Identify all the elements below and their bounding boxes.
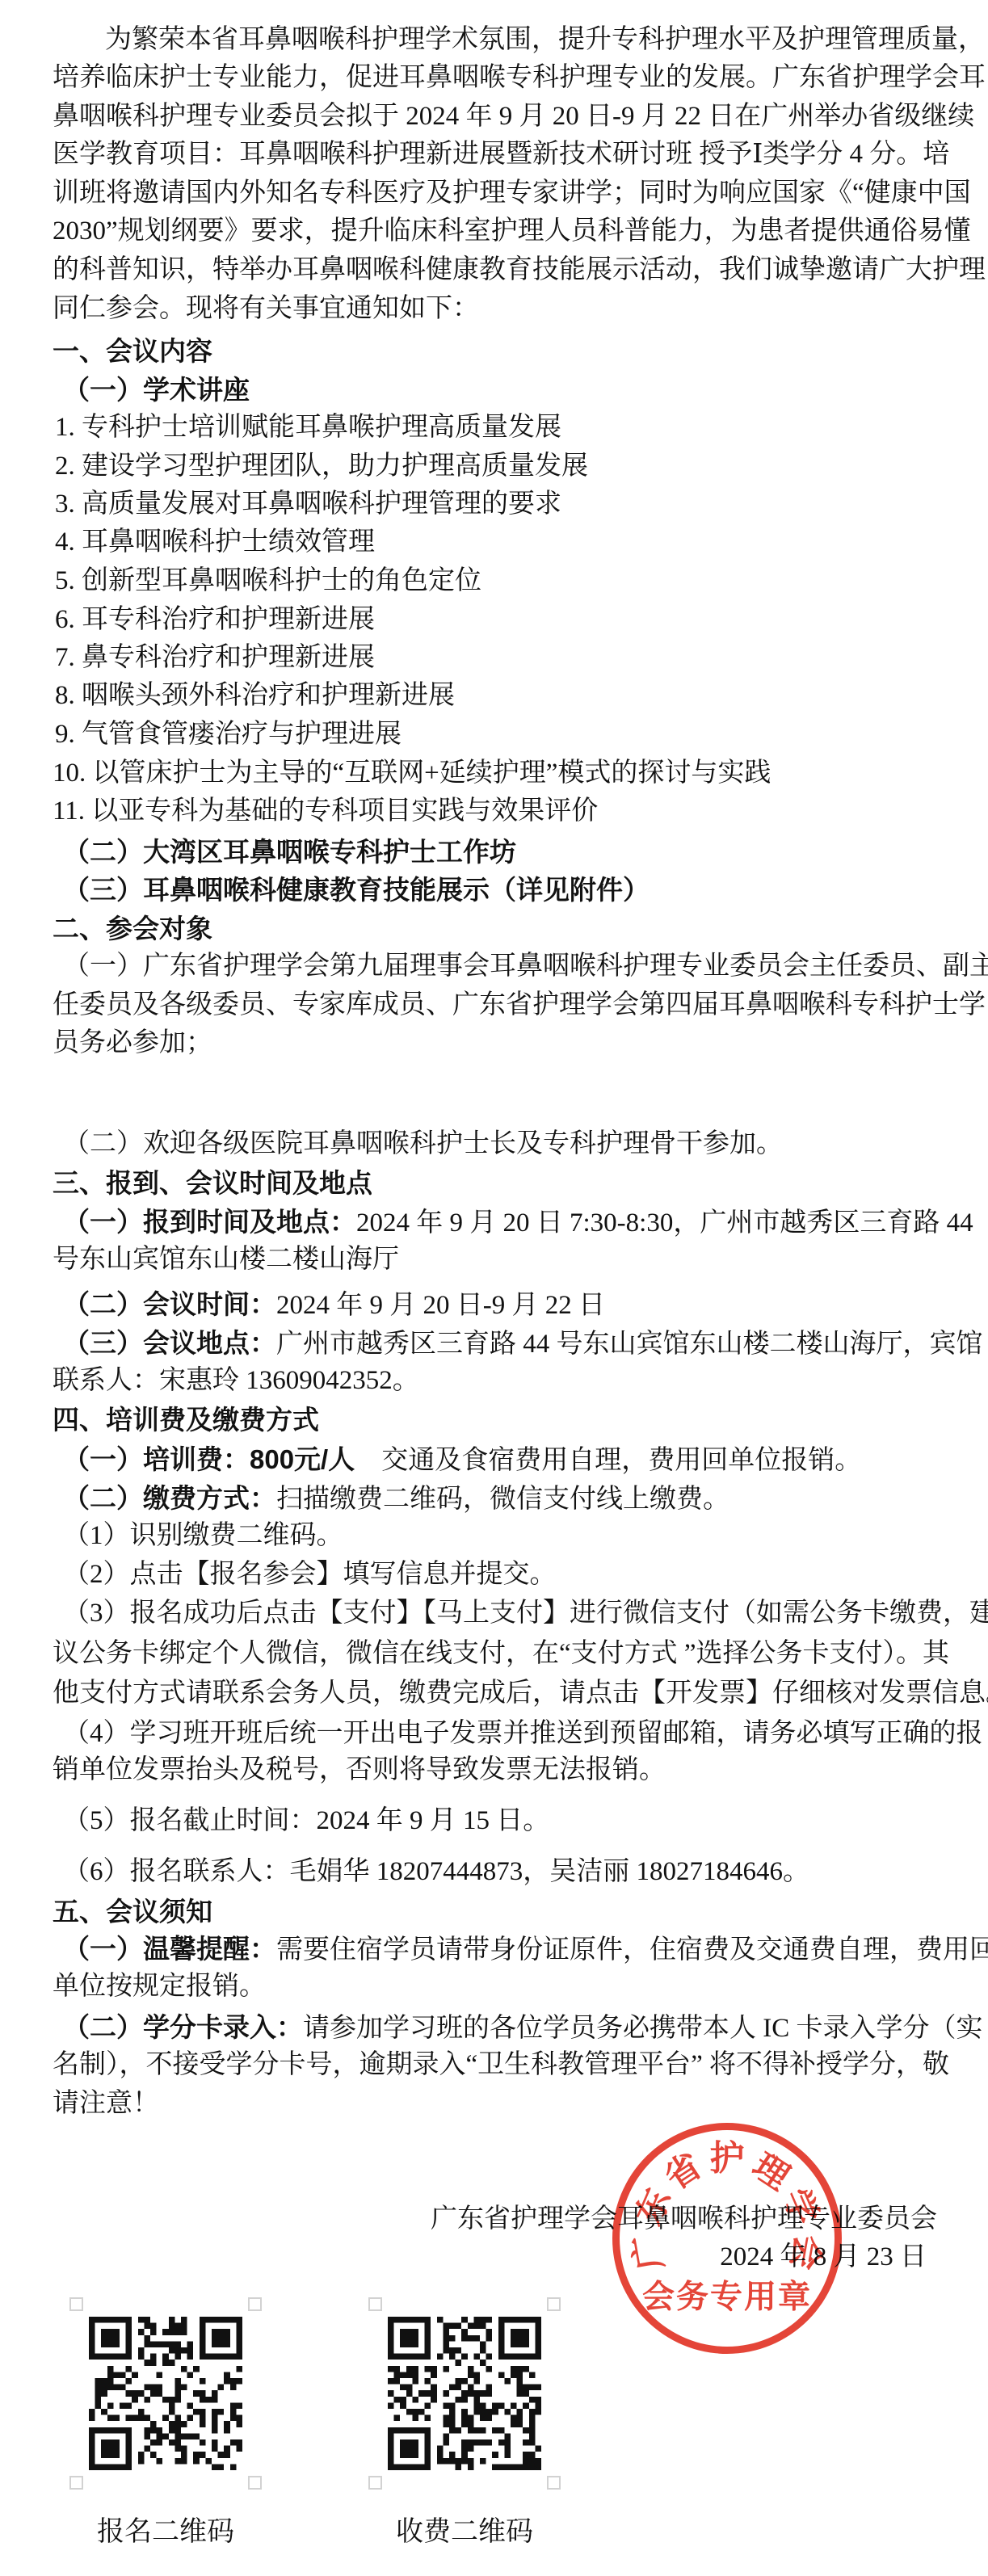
text-line: 1. 专科护士培训赋能耳鼻喉护理高质量发展 xyxy=(55,409,561,447)
text-line: （二）大湾区耳鼻咽喉专科护士工作坊 xyxy=(63,833,516,871)
text-line: （一）广东省护理学会第九届理事会耳鼻咽喉科护理专业委员会主任委员、副主 xyxy=(63,948,988,985)
line-text: 交通及食宿费用自理，费用回单位报销。 xyxy=(355,1446,861,1475)
text-line: 2030”规划纲要》要求，提升临床科室护理人员科普能力，为患者提供通俗易懂 xyxy=(53,212,971,250)
line-text: 请注意！ xyxy=(53,2089,159,2118)
line-text: 五、会议须知 xyxy=(53,1897,212,1927)
text-line: 号东山宾馆东山楼二楼山海厅 xyxy=(53,1241,399,1279)
text-line: 9. 气管食管瘘治疗与护理进展 xyxy=(55,716,402,754)
text-line: 6. 耳专科治疗和护理新进展 xyxy=(55,601,375,639)
crop-mark-icon xyxy=(248,2476,262,2490)
line-text: 5. 创新型耳鼻咽喉科护士的角色定位 xyxy=(55,566,481,595)
line-text: 培养临床护士专业能力，促进耳鼻咽喉专科护理专业的发展。广东省护理学会耳 xyxy=(53,63,986,92)
text-line: （一）温馨提醒：需要住宿学员请带身份证原件，住宿费及交通费自理，费用回 xyxy=(63,1930,988,1969)
text-line: （5）报名截止时间：2024 年 9 月 15 日。 xyxy=(63,1802,549,1840)
text-line: 议公务卡绑定个人微信，微信在线支付，在“支付方式 ”选择公务卡支付）。其 xyxy=(53,1635,949,1673)
text-line: （二）欢迎各级医院耳鼻咽喉科护士长及专科护理骨干参加。 xyxy=(63,1125,783,1163)
line-bold-label: （二）会议时间： xyxy=(63,1289,276,1319)
line-text: 号东山宾馆东山楼二楼山海厅 xyxy=(53,1245,399,1274)
line-text: （6）报名联系人：毛娟华 18207444873，吴洁丽 18027184646… xyxy=(63,1857,809,1886)
seal-arc-char: 理 xyxy=(744,2139,800,2200)
text-line: （3）报名成功后点击【支付】【马上支付】进行微信支付（如需公务卡缴费，建 xyxy=(63,1595,988,1633)
line-text: （三）耳鼻咽喉科健康教育技能展示（详见附件） xyxy=(63,875,650,905)
text-line: 10. 以管床护士为主导的“互联网+延续护理”模式的探讨与实践 xyxy=(53,754,771,792)
line-text: 一、会议内容 xyxy=(53,336,212,366)
text-line: 的科普知识，特举办耳鼻咽喉科健康教育技能展示活动，我们诚挚邀请广大护理 xyxy=(53,251,986,289)
line-text: 3. 高质量发展对耳鼻咽喉科护理管理的要求 xyxy=(55,490,561,519)
line-text: 议公务卡绑定个人微信，微信在线支付，在“支付方式 ”选择公务卡支付）。其 xyxy=(53,1639,949,1668)
line-text: 三、报到、会议时间及地点 xyxy=(53,1168,372,1198)
line-text: （5）报名截止时间：2024 年 9 月 15 日。 xyxy=(63,1806,549,1835)
text-line: （二）会议时间：2024 年 9 月 20 日-9 月 22 日 xyxy=(63,1285,605,1325)
line-text: （3）报名成功后点击【支付】【马上支付】进行微信支付（如需公务卡缴费，建 xyxy=(63,1599,988,1628)
text-line: 任委员及各级委员、专家库成员、广东省护理学会第四届耳鼻咽喉科专科护士学 xyxy=(53,986,986,1024)
line-text: 名制），不接受学分卡号，逾期录入“卫生科教管理平台” 将不得补授学分，敬 xyxy=(53,2050,949,2079)
line-bold-label: （一）报到时间及地点： xyxy=(63,1207,356,1237)
seal-bottom-text: 会务专用章 xyxy=(642,2271,812,2318)
text-line: 7. 鼻专科治疗和护理新进展 xyxy=(55,639,375,677)
line-text: 9. 气管食管瘘治疗与护理进展 xyxy=(55,720,402,749)
line-bold-label: （一）温馨提醒： xyxy=(63,1934,276,1964)
text-line: 5. 创新型耳鼻咽喉科护士的角色定位 xyxy=(55,562,481,600)
line-text: 7. 鼻专科治疗和护理新进展 xyxy=(55,643,375,672)
line-text: 员务必参加； xyxy=(53,1028,212,1057)
qr-pattern-icon xyxy=(89,2317,242,2470)
line-text: 需要住宿学员请带身份证原件，住宿费及交通费自理，费用回 xyxy=(276,1935,988,1965)
line-text: 10. 以管床护士为主导的“互联网+延续护理”模式的探讨与实践 xyxy=(53,759,771,788)
line-text: 单位按规定报销。 xyxy=(53,1972,266,2001)
registration-qr-code: 报名二维码 xyxy=(89,2317,242,2470)
text-line: 名制），不接受学分卡号，逾期录入“卫生科教管理平台” 将不得补授学分，敬 xyxy=(53,2046,949,2084)
line-text: 8. 咽喉头颈外科治疗和护理新进展 xyxy=(55,681,455,710)
text-line: 为繁荣本省耳鼻咽喉科护理学术氛围，提升专科护理水平及护理管理质量， xyxy=(105,21,985,59)
line-text: 4. 耳鼻咽喉科护士绩效管理 xyxy=(55,527,375,557)
signature-org: 广东省护理学会耳鼻咽喉科护理专业委员会 xyxy=(431,2200,937,2238)
line-text: 同仁参会。现将有关事宜通知如下： xyxy=(53,294,479,323)
line-text: （4）学习班开班后统一开出电子发票并推送到预留邮箱，请务必填写正确的报 xyxy=(63,1719,983,1748)
line-bold-label: （二）学分卡录入： xyxy=(63,2012,303,2042)
crop-mark-icon xyxy=(69,2297,83,2311)
line-text: 四、培训费及缴费方式 xyxy=(53,1405,319,1435)
line-text: 6. 耳专科治疗和护理新进展 xyxy=(55,605,375,634)
text-line: 销单位发票抬头及税号，否则将导致发票无法报销。 xyxy=(53,1751,666,1789)
line-text: 二、参会对象 xyxy=(53,914,212,943)
signature-date: 2024 年 8 月 23 日 xyxy=(720,2238,927,2276)
text-line: （三）会议地点：广州市越秀区三育路 44 号东山宾馆东山楼二楼山海厅，宾馆 xyxy=(63,1324,983,1364)
line-text: 的科普知识，特举办耳鼻咽喉科健康教育技能展示活动，我们诚挚邀请广大护理 xyxy=(53,255,986,284)
text-line: 联系人：宋惠玲 13609042352。 xyxy=(53,1362,419,1400)
text-line: （三）耳鼻咽喉科健康教育技能展示（详见附件） xyxy=(63,871,650,909)
text-line: 同仁参会。现将有关事宜通知如下： xyxy=(53,290,479,328)
text-line: （一）培训费：800元/人 交通及食宿费用自理，费用回单位报销。 xyxy=(63,1440,861,1480)
text-line: 一、会议内容 xyxy=(53,332,212,370)
line-text: 为繁荣本省耳鼻咽喉科护理学术氛围，提升专科护理水平及护理管理质量， xyxy=(105,25,985,54)
text-line: 员务必参加； xyxy=(53,1024,212,1062)
text-line: 4. 耳鼻咽喉科护士绩效管理 xyxy=(55,523,375,561)
text-line: 他支付方式请联系会务人员，缴费完成后，请点击【开发票】仔细核对发票信息。 xyxy=(53,1675,988,1712)
text-line: （2）点击【报名参会】填写信息并提交。 xyxy=(63,1556,557,1594)
line-text: 鼻咽喉科护理专业委员会拟于 2024 年 9 月 20 日-9 月 22 日在广… xyxy=(53,102,974,131)
text-line: （一）报到时间及地点：2024 年 9 月 20 日 7:30-8:30，广州市… xyxy=(63,1203,973,1242)
registration-qr-label: 报名二维码 xyxy=(97,2509,234,2549)
line-bold-label: （一）培训费：800元/人 xyxy=(63,1444,355,1474)
line-text: 11. 以亚专科为基础的专科项目实践与效果评价 xyxy=(53,796,598,826)
line-text: （一）广东省护理学会第九届理事会耳鼻咽喉科护理专业委员会主任委员、副主 xyxy=(63,952,988,981)
line-bold-label: （三）会议地点： xyxy=(63,1328,276,1358)
line-text: 医学教育项目：耳鼻咽喉科护理新进展暨新技术研讨班 授予Ⅰ类学分 4 分。培 xyxy=(53,140,949,169)
payment-qr-code: 收费二维码 xyxy=(388,2317,541,2470)
text-line: （6）报名联系人：毛娟华 18207444873，吴洁丽 18027184646… xyxy=(63,1853,809,1891)
text-line: 8. 咽喉头颈外科治疗和护理新进展 xyxy=(55,677,455,715)
text-line: （二）学分卡录入：请参加学习班的各位学员务必携带本人 IC 卡录入学分（实 xyxy=(63,2008,983,2048)
text-line: 鼻咽喉科护理专业委员会拟于 2024 年 9 月 20 日-9 月 22 日在广… xyxy=(53,98,974,136)
line-text: 2. 建设学习型护理团队，助力护理高质量发展 xyxy=(55,452,588,481)
notice-document: 为繁荣本省耳鼻咽喉科护理学术氛围，提升专科护理水平及护理管理质量，培养临床护士专… xyxy=(0,0,988,2576)
text-line: 培养临床护士专业能力，促进耳鼻咽喉专科护理专业的发展。广东省护理学会耳 xyxy=(53,59,986,97)
line-text: 销单位发票抬头及税号，否则将导致发票无法报销。 xyxy=(53,1755,666,1784)
line-bold-label: （二）缴费方式： xyxy=(63,1483,276,1513)
crop-mark-icon xyxy=(69,2476,83,2490)
text-line: 2. 建设学习型护理团队，助力护理高质量发展 xyxy=(55,448,588,485)
seal-arc-char: 省 xyxy=(654,2139,709,2200)
line-text: 训班将邀请国内外知名专科医疗及护理专家讲学；同时为响应国家《“健康中国 xyxy=(53,179,971,208)
text-line: 四、培训费及缴费方式 xyxy=(53,1401,319,1439)
line-text: （二）大湾区耳鼻咽喉专科护士工作坊 xyxy=(63,837,516,867)
crop-mark-icon xyxy=(547,2297,561,2311)
line-text: 1. 专科护士培训赋能耳鼻喉护理高质量发展 xyxy=(55,413,561,442)
text-line: 3. 高质量发展对耳鼻咽喉科护理管理的要求 xyxy=(55,485,561,523)
text-line: （1）识别缴费二维码。 xyxy=(63,1517,343,1555)
text-line: （二）缴费方式：扫描缴费二维码，微信支付线上缴费。 xyxy=(63,1479,729,1519)
text-line: 二、参会对象 xyxy=(53,910,212,948)
line-text: 联系人：宋惠玲 13609042352。 xyxy=(53,1366,419,1395)
text-line: （一）学术讲座 xyxy=(63,371,250,409)
line-text: （二）欢迎各级医院耳鼻咽喉科护士长及专科护理骨干参加。 xyxy=(63,1129,783,1158)
line-text: 广州市越秀区三育路 44 号东山宾馆东山楼二楼山海厅，宾馆 xyxy=(276,1330,983,1359)
seal-arc-char: 护 xyxy=(710,2132,745,2181)
crop-mark-icon xyxy=(248,2297,262,2311)
text-line: 医学教育项目：耳鼻咽喉科护理新进展暨新技术研讨班 授予Ⅰ类学分 4 分。培 xyxy=(53,136,949,174)
qr-pattern-icon xyxy=(388,2317,541,2470)
text-line: （4）学习班开班后统一开出电子发票并推送到预留邮箱，请务必填写正确的报 xyxy=(63,1715,983,1753)
line-text: 2030”规划纲要》要求，提升临床科室护理人员科普能力，为患者提供通俗易懂 xyxy=(53,216,971,246)
line-text: （2）点击【报名参会】填写信息并提交。 xyxy=(63,1560,557,1589)
line-text: 他支付方式请联系会务人员，缴费完成后，请点击【开发票】仔细核对发票信息。 xyxy=(53,1679,988,1708)
crop-mark-icon xyxy=(368,2476,382,2490)
payment-qr-label: 收费二维码 xyxy=(396,2509,533,2549)
line-text: 任委员及各级委员、专家库成员、广东省护理学会第四届耳鼻咽喉科专科护士学 xyxy=(53,990,986,1019)
line-text: 2024 年 9 月 20 日-9 月 22 日 xyxy=(276,1291,605,1320)
line-text: 2024 年 9 月 20 日 7:30-8:30，广州市越秀区三育路 44 xyxy=(356,1208,973,1238)
text-line: 单位按规定报销。 xyxy=(53,1968,266,2006)
line-text: 请参加学习班的各位学员务必携带本人 IC 卡录入学分（实 xyxy=(303,2014,983,2043)
text-line: 请注意！ xyxy=(53,2085,159,2123)
line-text: 扫描缴费二维码，微信支付线上缴费。 xyxy=(276,1485,729,1514)
text-line: 三、报到、会议时间及地点 xyxy=(53,1164,372,1202)
line-text: （1）识别缴费二维码。 xyxy=(63,1521,343,1550)
line-text: （一）学术讲座 xyxy=(63,375,250,405)
text-line: 五、会议须知 xyxy=(53,1893,212,1931)
text-line: 训班将邀请国内外知名专科医疗及护理专家讲学；同时为响应国家《“健康中国 xyxy=(53,174,971,212)
text-line: 11. 以亚专科为基础的专科项目实践与效果评价 xyxy=(53,792,598,830)
crop-mark-icon xyxy=(368,2297,382,2311)
crop-mark-icon xyxy=(547,2476,561,2490)
